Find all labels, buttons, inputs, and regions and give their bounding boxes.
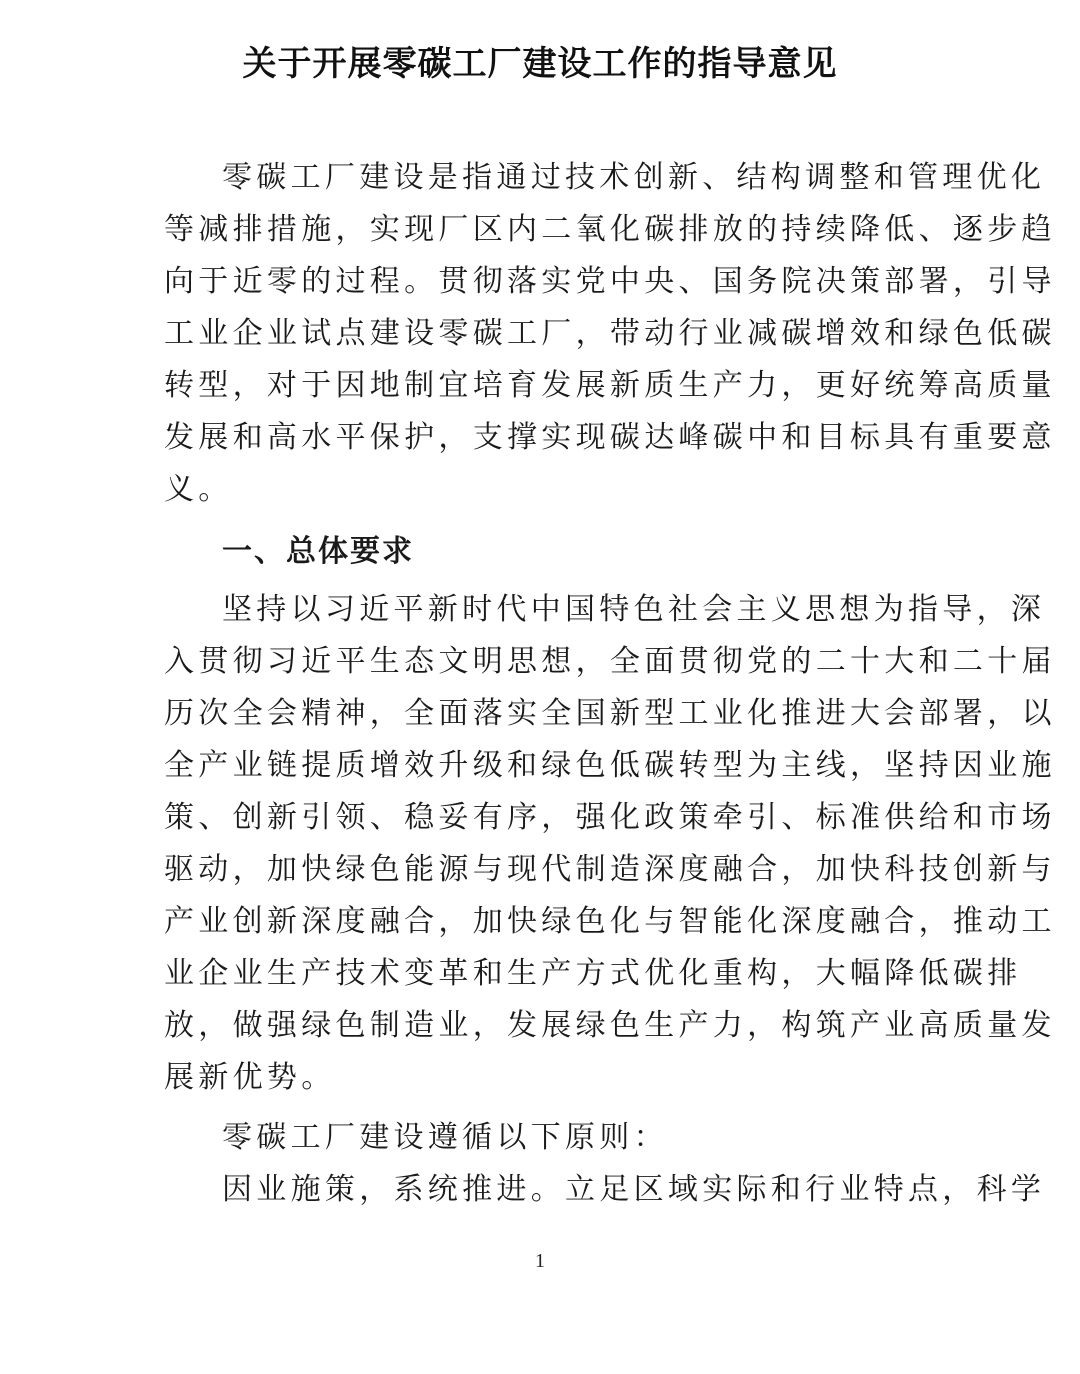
text-line: 坚持以习近平新时代中国特色社会主义思想为指导，深: [222, 590, 982, 630]
text-line: 历次全会精神，全面落实全国新型工业化推进大会部署，以: [164, 694, 924, 734]
text-line: 义。: [164, 470, 924, 510]
text-line: 零碳工厂建设遵循以下原则：: [222, 1118, 982, 1158]
text-line: 策、创新引领、稳妥有序，强化政策牵引、标准供给和市场: [164, 798, 924, 838]
page-number: 1: [0, 1250, 1080, 1273]
text-line: 展新优势。: [164, 1058, 924, 1098]
text-line: 放，做强绿色制造业，发展绿色生产力，构筑产业高质量发: [164, 1006, 924, 1046]
text-line: 业企业生产技术变革和生产方式优化重构，大幅降低碳排: [164, 954, 924, 994]
text-line: 转型，对于因地制宜培育发展新质生产力，更好统筹高质量: [164, 366, 924, 406]
text-line: 产业创新深度融合，加快绿色化与智能化深度融合，推动工: [164, 902, 924, 942]
text-line: 零碳工厂建设是指通过技术创新、结构调整和管理优化: [222, 158, 982, 198]
text-line: 向于近零的过程。贯彻落实党中央、国务院决策部署，引导: [164, 262, 924, 302]
text-line: 因业施策，系统推进。立足区域实际和行业特点，科学: [222, 1170, 982, 1210]
text-line: 发展和高水平保护，支撑实现碳达峰碳中和目标具有重要意: [164, 418, 924, 458]
text-line: 入贯彻习近平生态文明思想，全面贯彻党的二十大和二十届: [164, 642, 924, 682]
text-line: 全产业链提质增效升级和绿色低碳转型为主线，坚持因业施: [164, 746, 924, 786]
text-line: 驱动，加快绿色能源与现代制造深度融合，加快科技创新与: [164, 850, 924, 890]
section-heading: 一、总体要求: [222, 532, 982, 572]
text-line: 工业企业试点建设零碳工厂，带动行业减碳增效和绿色低碳: [164, 314, 924, 354]
text-line: 等减排措施，实现厂区内二氧化碳排放的持续降低、逐步趋: [164, 210, 924, 250]
document-title: 关于开展零碳工厂建设工作的指导意见: [0, 36, 1080, 92]
